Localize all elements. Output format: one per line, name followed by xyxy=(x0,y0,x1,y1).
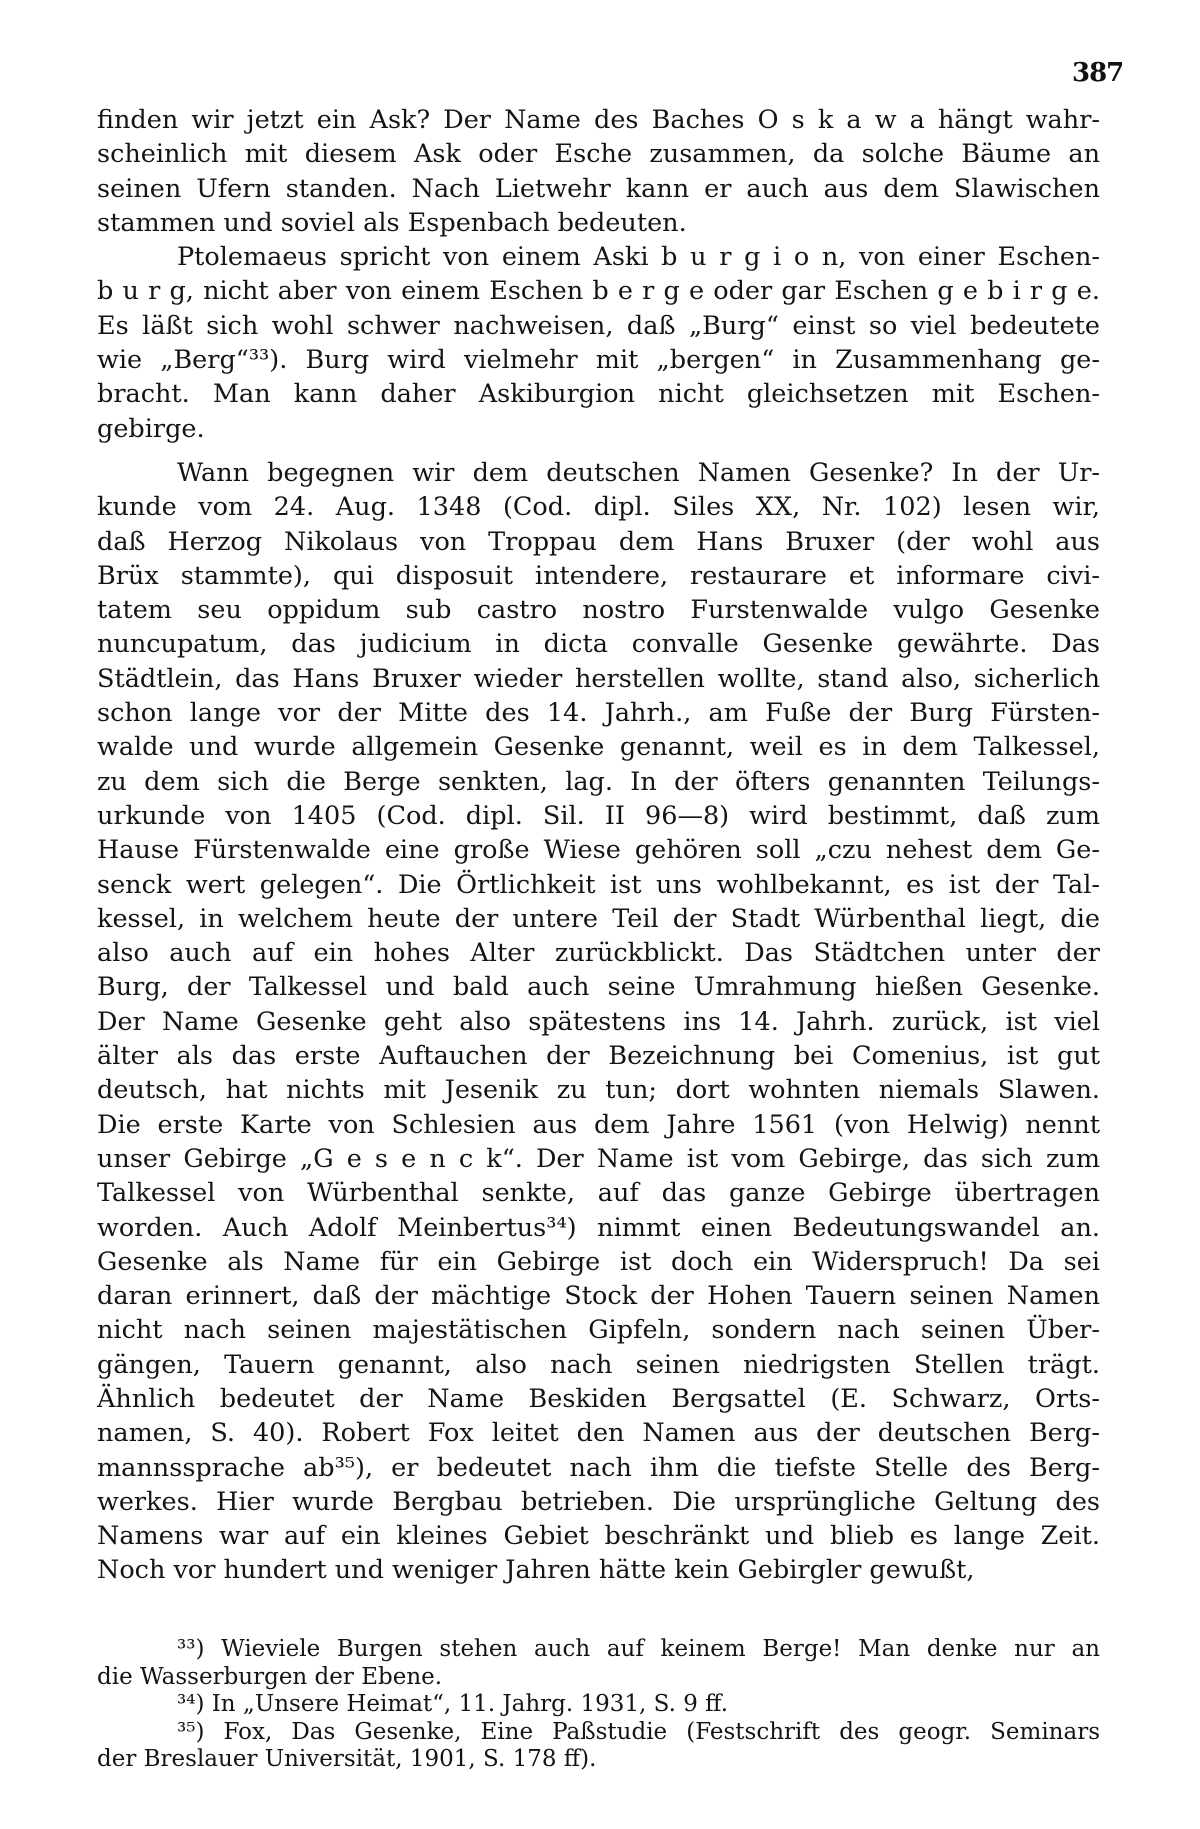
paragraph-1: finden wir jetzt ein Ask? Der Name des B… xyxy=(97,103,1100,240)
page-number: 387 xyxy=(1072,58,1123,88)
text-line: zu dem sich die Berge senkten, lag. In d… xyxy=(97,765,1100,799)
paragraph-2: Ptolemaeus spricht von einem Aski b u r … xyxy=(97,240,1100,446)
footnote-line: die Wasserburgen der Ebene. xyxy=(97,1664,1100,1692)
text-line: schon lange vor der Mitte des 14. Jahrh.… xyxy=(97,696,1100,730)
text-line: Ptolemaeus spricht von einem Aski b u r … xyxy=(97,240,1100,274)
text-line: Noch vor hundert und weniger Jahren hätt… xyxy=(97,1553,1100,1587)
text-line: scheinlich mit diesem Ask oder Esche zus… xyxy=(97,137,1100,171)
text-line: bracht. Man kann daher Askiburgion nicht… xyxy=(97,377,1100,411)
text-line: Talkessel von Würbenthal senkte, auf das… xyxy=(97,1176,1100,1210)
text-line: Städtlein, das Hans Bruxer wieder herste… xyxy=(97,662,1100,696)
footnote-line: ³³) Wieviele Burgen stehen auch auf kein… xyxy=(97,1636,1100,1664)
text-line: Ähnlich bedeutet der Name Beskiden Bergs… xyxy=(97,1382,1100,1416)
text-line: gängen, Tauern genannt, also nach seinen… xyxy=(97,1348,1100,1382)
footnote-33: ³³) Wieviele Burgen stehen auch auf kein… xyxy=(97,1636,1100,1691)
footnotes: ³³) Wieviele Burgen stehen auch auf kein… xyxy=(97,1636,1100,1774)
text-line: Namens war auf ein kleines Gebiet beschr… xyxy=(97,1519,1100,1553)
text-line: nicht nach seinen majestätischen Gipfeln… xyxy=(97,1313,1100,1347)
text-line: stammen und soviel als Espenbach bedeute… xyxy=(97,206,1100,240)
footnote-line: ³⁵) Fox, Das Gesenke, Eine Paßstudie (Fe… xyxy=(97,1719,1100,1747)
footnote-line: ³⁴) In „Unsere Heimat“, 11. Jahrg. 1931,… xyxy=(97,1691,1100,1719)
text-line: walde und wurde allgemein Gesenke genann… xyxy=(97,730,1100,764)
text-line: werkes. Hier wurde Bergbau betrieben. Di… xyxy=(97,1485,1100,1519)
paragraph-3: Wann begegnen wir dem deutschen Namen Ge… xyxy=(97,456,1100,1588)
text-line: kunde vom 24. Aug. 1348 (Cod. dipl. Sile… xyxy=(97,490,1100,524)
footnote-35: ³⁵) Fox, Das Gesenke, Eine Paßstudie (Fe… xyxy=(97,1719,1100,1774)
text-line: daran erinnert, daß der mächtige Stock d… xyxy=(97,1279,1100,1313)
text-line: unser Gebirge „G e s e n c k“. Der Name … xyxy=(97,1142,1100,1176)
text-line: Die erste Karte von Schlesien aus dem Ja… xyxy=(97,1108,1100,1142)
document-page: 387 finden wir jetzt ein Ask? Der Name d… xyxy=(0,0,1200,1829)
text-line: namen, S. 40). Robert Fox leitet den Nam… xyxy=(97,1416,1100,1450)
footnote-line: der Breslauer Universität, 1901, S. 178 … xyxy=(97,1746,1100,1774)
text-line: älter als das erste Auftauchen der Bezei… xyxy=(97,1039,1100,1073)
text-line: b u r g, nicht aber von einem Eschen b e… xyxy=(97,274,1100,308)
text-line: deutsch, hat nichts mit Jesenik zu tun; … xyxy=(97,1073,1100,1107)
body-text: finden wir jetzt ein Ask? Der Name des B… xyxy=(97,103,1100,1588)
text-line: kessel, in welchem heute der untere Teil… xyxy=(97,902,1100,936)
text-line: finden wir jetzt ein Ask? Der Name des B… xyxy=(97,103,1100,137)
text-line: senck wert gelegen“. Die Örtlichkeit ist… xyxy=(97,868,1100,902)
text-line: Wann begegnen wir dem deutschen Namen Ge… xyxy=(97,456,1100,490)
text-line: tatem seu oppidum sub castro nostro Furs… xyxy=(97,593,1100,627)
text-line: Es läßt sich wohl schwer nachweisen, daß… xyxy=(97,309,1100,343)
text-line: Hause Fürstenwalde eine große Wiese gehö… xyxy=(97,833,1100,867)
paragraph-gap xyxy=(97,446,1100,456)
footnote-34: ³⁴) In „Unsere Heimat“, 11. Jahrg. 1931,… xyxy=(97,1691,1100,1719)
text-line: nuncupatum, das judicium in dicta conval… xyxy=(97,627,1100,661)
text-line: gebirge. xyxy=(97,412,1100,446)
text-line: Der Name Gesenke geht also spätestens in… xyxy=(97,1005,1100,1039)
text-line: seinen Ufern standen. Nach Lietwehr kann… xyxy=(97,172,1100,206)
text-line: urkunde von 1405 (Cod. dipl. Sil. II 96—… xyxy=(97,799,1100,833)
text-line: Gesenke als Name für ein Gebirge ist doc… xyxy=(97,1245,1100,1279)
text-line: also auch auf ein hohes Alter zurückblic… xyxy=(97,936,1100,970)
text-line: mannssprache ab³⁵), er bedeutet nach ihm… xyxy=(97,1451,1100,1485)
text-line: Brüx stammte), qui disposuit intendere, … xyxy=(97,559,1100,593)
text-line: Burg, der Talkessel und bald auch seine … xyxy=(97,970,1100,1004)
text-line: daß Herzog Nikolaus von Troppau dem Hans… xyxy=(97,525,1100,559)
text-line: worden. Auch Adolf Meinbertus³⁴) nimmt e… xyxy=(97,1211,1100,1245)
text-line: wie „Berg“³³). Burg wird vielmehr mit „b… xyxy=(97,343,1100,377)
